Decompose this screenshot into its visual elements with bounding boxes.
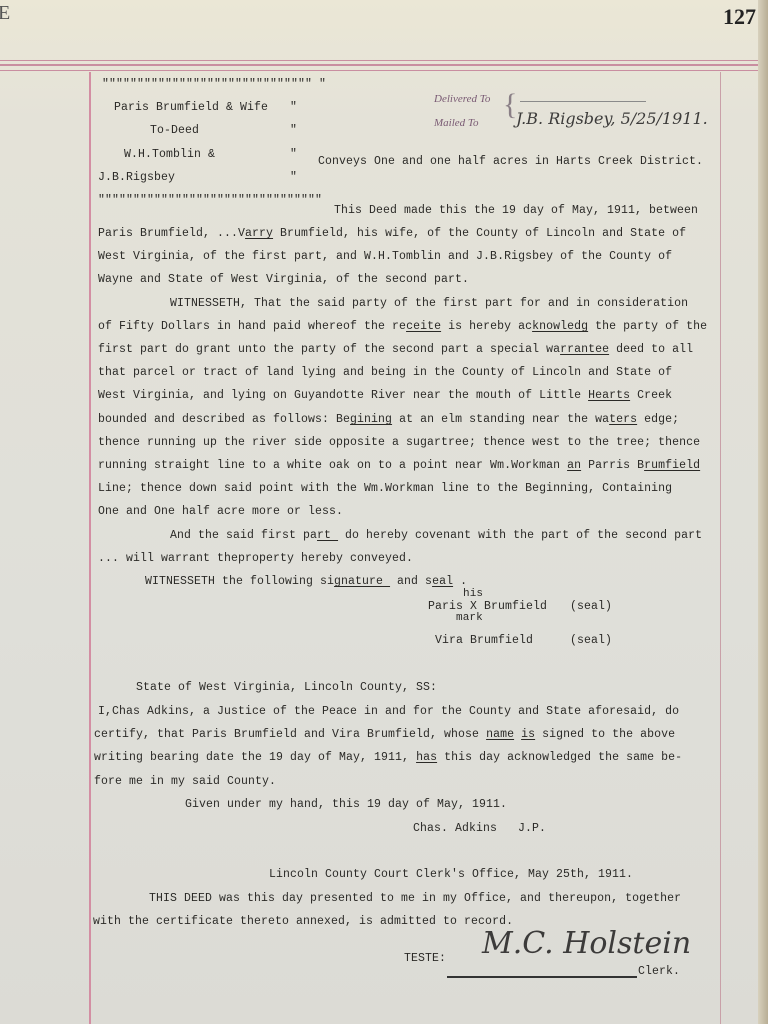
ack-line: fore me in my said County.	[94, 775, 276, 788]
signature-vira: Vira Brumfield	[435, 634, 533, 647]
deed-line: Paris Brumfield, ...Varry Brumfield, his…	[98, 227, 686, 240]
deed-line: of Fifty Dollars in hand paid whereof th…	[98, 320, 707, 333]
quote-mark: "	[290, 124, 297, 137]
deed-line: WITNESSETH, That the said party of the f…	[170, 297, 688, 310]
teste-label: TESTE:	[404, 952, 446, 965]
ack-line: I,Chas Adkins, a Justice of the Peace in…	[98, 705, 679, 718]
deed-line: first part do grant unto the party of th…	[98, 343, 693, 356]
deed-line: running straight line to a white oak on …	[98, 459, 700, 472]
deed-line: WITNESSETH the following signature and s…	[145, 575, 467, 588]
deed-line: This Deed made this the 19 day of May, 1…	[334, 204, 698, 217]
record-line: THIS DEED was this day presented to me i…	[149, 892, 681, 905]
conveyance-summary: Conveys One and one half acres in Harts …	[318, 155, 703, 168]
instrument-type: To-Deed	[150, 124, 199, 137]
mailed-to-label: Mailed To	[434, 117, 479, 129]
header-rule	[0, 70, 758, 71]
ack-line: Given under my hand, this 19 day of May,…	[185, 798, 507, 811]
signature-paris: Paris X Brumfield	[428, 600, 547, 613]
deed-line: ... will warrant theproperty hereby conv…	[98, 552, 413, 565]
deed-line: thence running up the river side opposit…	[98, 436, 700, 449]
ack-line: certify, that Paris Brumfield and Vira B…	[94, 728, 675, 741]
page-number: 127	[723, 4, 756, 30]
deed-line: Line; thence down said point with the Wm…	[98, 482, 672, 495]
deed-line: West Virginia, of the first part, and W.…	[98, 250, 672, 263]
deed-line: Wayne and State of West Virginia, of the…	[98, 273, 469, 286]
hash-line: """""""""""""""""""""""""""""" "	[102, 78, 326, 91]
deed-line: And the said first part do hereby covena…	[170, 529, 702, 542]
record-line: with the certificate thereto annexed, is…	[93, 915, 513, 928]
deed-line: bounded and described as follows: Begini…	[98, 413, 679, 426]
mark-label: mark	[456, 612, 483, 624]
quote-mark: "	[290, 101, 297, 114]
grantee-name: J.B.Rigsbey	[98, 171, 175, 184]
record-line: Lincoln County Court Clerk's Office, May…	[269, 868, 633, 881]
corner-letter: E	[0, 2, 10, 25]
deed-line: West Virginia, and lying on Guyandotte R…	[98, 389, 672, 402]
book-edge	[758, 0, 768, 1024]
right-margin-rule	[720, 72, 721, 1024]
header-rule	[0, 60, 758, 61]
quote-mark: "	[290, 171, 297, 184]
deed-line: One and One half acre more or less.	[98, 505, 343, 518]
grantee-name: W.H.Tomblin &	[124, 148, 215, 161]
ack-line: writing bearing date the 19 day of May, …	[94, 751, 682, 764]
quote-mark: "	[290, 148, 297, 161]
left-margin-rule	[89, 72, 91, 1024]
delivered-blank	[520, 101, 646, 102]
header-rule	[0, 64, 758, 66]
clerk-signature: M.C. Holstein	[482, 926, 691, 961]
clerk-label: Clerk.	[638, 965, 680, 978]
deed-line: that parcel or tract of land lying and b…	[98, 366, 672, 379]
ledger-page: E 127 """""""""""""""""""""""""""""" " P…	[0, 0, 768, 1024]
seal-label: (seal)	[570, 634, 612, 647]
mailed-to-value: J.B. Rigsbey, 5/25/1911.	[516, 109, 708, 128]
signature-line	[447, 976, 637, 978]
hash-line: """"""""""""""""""""""""""""""""	[98, 194, 322, 207]
seal-label: (seal)	[570, 600, 612, 613]
delivered-to-label: Delivered To	[434, 93, 490, 105]
his-label: his	[463, 588, 483, 600]
justice-signature: Chas. Adkins J.P.	[413, 822, 546, 835]
grantor-name: Paris Brumfield & Wife	[114, 101, 268, 114]
ack-line: State of West Virginia, Lincoln County, …	[136, 681, 437, 694]
